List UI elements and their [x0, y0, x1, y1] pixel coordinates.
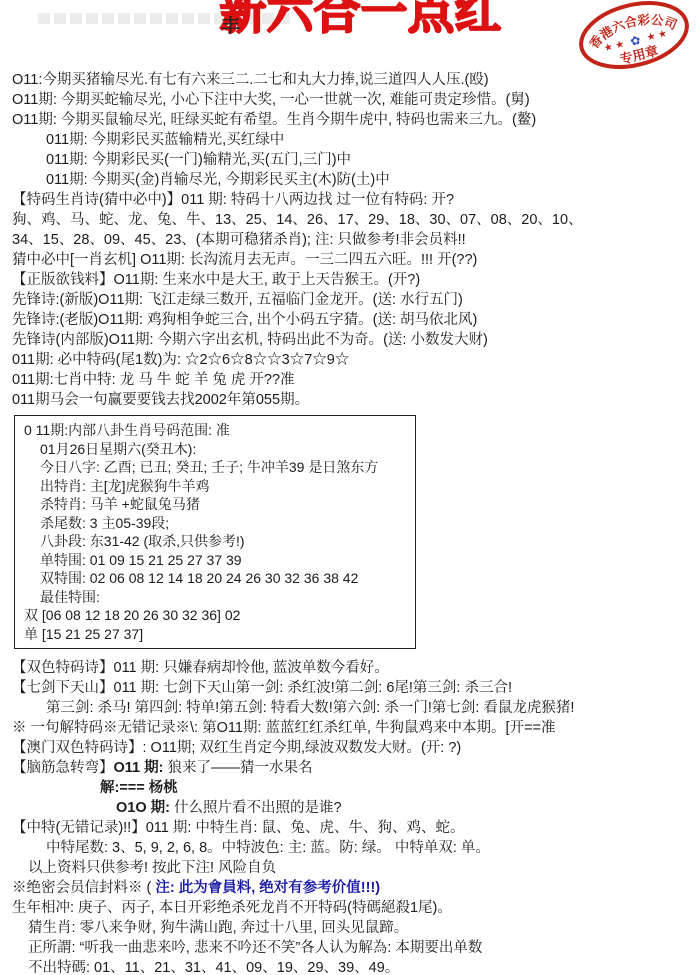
box-line: 双 [06 08 12 18 20 26 30 32 36] 02	[24, 606, 406, 625]
box-line: 单特围: 01 09 15 21 25 27 37 39	[40, 551, 406, 570]
member-note-line: ※绝密会员信封料※ ( 注: 此为會員料, 绝对有参考价值!!!)	[12, 878, 686, 898]
tip-line: O11期: 今期买鼠输尽光, 旺绿买蛇有希望。生肖今期牛虎中, 特码也需来三九。…	[12, 110, 686, 130]
pioneer-poem-line: 先锋诗(内部版)O11期: 今期六字出玄机, 特码出此不为奇。(送: 小数发大财…	[12, 330, 686, 350]
disclaimer-line: 以上资料只供参考! 按此下注! 风险自负	[28, 858, 686, 878]
box-line: 双特围: 02 06 08 12 14 18 20 24 26 30 32 36…	[40, 569, 406, 588]
seven-zodiac-line: 011期:七肖中特: 龙 马 牛 蛇 羊 兔 虎 开??准	[12, 370, 686, 390]
zhongte-line: 【中特(无错记录)!!】011 期: 中特生肖: 鼠、兔、虎、牛、狗、鸡、蛇。	[12, 818, 686, 838]
footer-line: 正所謂: “听我一曲悲来吟, 悲来不吟还不笑”各人认为解為: 本期要出单数	[28, 938, 686, 958]
one-sentence-line: ※ 一句解特码※无错记录※\: 第O11期: 蓝蓝红红杀红单, 牛狗鼠鸡来中本期…	[12, 718, 686, 738]
footer-line: 猜生肖: 零八来争财, 狗牛满山跑, 奔过十八里, 回头见鼠蹄。	[28, 918, 686, 938]
box-line: 今日八字: 乙酉; 已丑; 癸丑; 壬子; 牛冲羊39 是日煞东方	[40, 458, 406, 477]
tip-line: 011期: 今期彩民买(一门)输精光,买(五门,三门)中	[46, 150, 686, 170]
tip-line: 011期: 今期买(金)肖输尽光, 今期彩民买主(木)防(土)中	[46, 170, 686, 190]
brain-teaser-line: 【脑筋急转弯】O11 期: 狼来了——猜一水果名	[12, 758, 686, 778]
macau-poem-line: 【澳门双色特码诗】: O11期; 双红生肖定今期,绿波双数发大财。(开: ?)	[12, 738, 686, 758]
brain-teaser-next-question: 什么照片看不出照的是谁?	[170, 800, 342, 816]
tip-line: 【正版欲钱料】O11期: 生来水中是大王, 敢于上天告猴王。(开?)	[12, 270, 686, 290]
page-title: 新六合一点红	[220, 2, 502, 22]
zodiac-number-list: 34、15、28、09、45、23、(本期可稳猪杀肖); 注: 只做参考!非会员…	[12, 230, 686, 250]
tip-line: 011期: 今期彩民买蓝输精光,买红绿中	[46, 130, 686, 150]
footer-line: 生年相冲: 庚子、丙子, 本日开彩绝杀死龙肖不开特码(特碼絕殺1尾)。	[12, 898, 686, 918]
brain-teaser-next: O1O 期: 什么照片看不出照的是谁?	[116, 798, 686, 818]
tip-line: 猜中必中[一肖玄机] O11期: 长沟流月去无声。一三二四五六旺。!!! 开(?…	[12, 250, 686, 270]
member-note-black: ※绝密会员信封料※ (	[12, 880, 155, 896]
title-prefix-glyph: 丰	[221, 17, 240, 37]
pioneer-poem-line: 先锋诗:(新版)O11期: 飞江走绿三数开, 五福临门金龙开。(送: 水行五门)	[12, 290, 686, 310]
two-color-poem: 【双色特码诗】011 期: 只嫌春病却怜他, 蓝波单数今看好。	[12, 658, 686, 678]
tip-content: O11:今期买猪输尽光.有七有六来三二.二七和丸大力捧,说三道四人人压.(殴) …	[0, 70, 698, 975]
lottery-tip-sheet: 新六合一点红 丰 香港六合彩公司 ★ ★ ✿ ★ ★ 专用章 O11:今期买猪输…	[0, 0, 698, 975]
box-line: 01月26日星期六(癸丑木):	[40, 440, 406, 459]
brain-teaser-label: 【脑筋急转弯】	[12, 760, 114, 776]
brain-teaser-question: 狼来了——猜一水果名	[163, 760, 312, 776]
stars-right-icon: ★ ★	[646, 28, 669, 44]
pioneer-poem-line: 先锋诗:(老版)O11期: 鸡狗相争蛇三合, 出个小码五字猜。(送: 胡马依北风…	[12, 310, 686, 330]
box-line: 最佳特围:	[40, 588, 406, 607]
zhongte-line: 中特尾数: 3、5, 9, 2, 6, 8。中特波色: 主: 蓝。防: 绿。 中…	[46, 838, 686, 858]
brain-teaser-next-issue: O1O 期:	[116, 800, 170, 816]
footer-line: 不出特碼: 01、11、21、31、41、09、19、29、39、49。	[28, 958, 686, 975]
zodiac-poem-heading: 【特码生肖诗(猜中必中)】011 期: 特码十八两边找 过一位有特码: 开?	[12, 190, 686, 210]
seven-swords-line: 第三剑: 杀马! 第四剑: 特单!第五剑: 特看大数!第六剑: 杀一门!第七剑:…	[46, 698, 686, 718]
bagua-info-box: 0 11期:内部八卦生肖号码范围: 准 01月26日星期六(癸丑木): 今日八字…	[14, 415, 416, 649]
box-line: 出特肖: 主[龙]虎猴狗牛羊鸡	[40, 477, 406, 496]
lucky-tail-numbers: 011期: 必中特码(尾1数)为: ☆2☆6☆8☆☆3☆7☆9☆	[12, 350, 686, 370]
box-line: 单 [15 21 25 27 37]	[24, 625, 406, 644]
box-line: 0 11期:内部八卦生肖号码范围: 准	[24, 421, 406, 440]
tip-line: 011期马会一句赢要要钱去找2002年第055期。	[12, 390, 686, 410]
zodiac-number-list: 狗、鸡、马、蛇、龙、兔、牛、13、25、14、26、17、29、18、30、07…	[12, 210, 686, 230]
member-note-blue: 注: 此为會員料, 绝对有参考价值!!!)	[155, 880, 380, 896]
page-header: 新六合一点红 丰 香港六合彩公司 ★ ★ ✿ ★ ★ 专用章	[0, 0, 698, 70]
brain-teaser-answer: 解:=== 杨桃	[100, 778, 686, 798]
seven-swords-line: 【七剑下天山】011 期: 七剑下天山第一剑: 杀红波!第二剑: 6尾!第三剑:…	[12, 678, 686, 698]
tip-line: O11期: 今期买蛇输尽光, 小心下注中大奖, 一心一世就一次, 难能可贵定珍惜…	[12, 90, 686, 110]
box-line: 八卦段: 东31-42 (取杀,只供参考!)	[40, 532, 406, 551]
brain-teaser-issue: O11 期:	[114, 760, 164, 776]
box-line: 杀特肖: 马羊 +蛇鼠兔马猪	[40, 495, 406, 514]
box-line: 杀尾数: 3 主05-39段;	[40, 514, 406, 533]
